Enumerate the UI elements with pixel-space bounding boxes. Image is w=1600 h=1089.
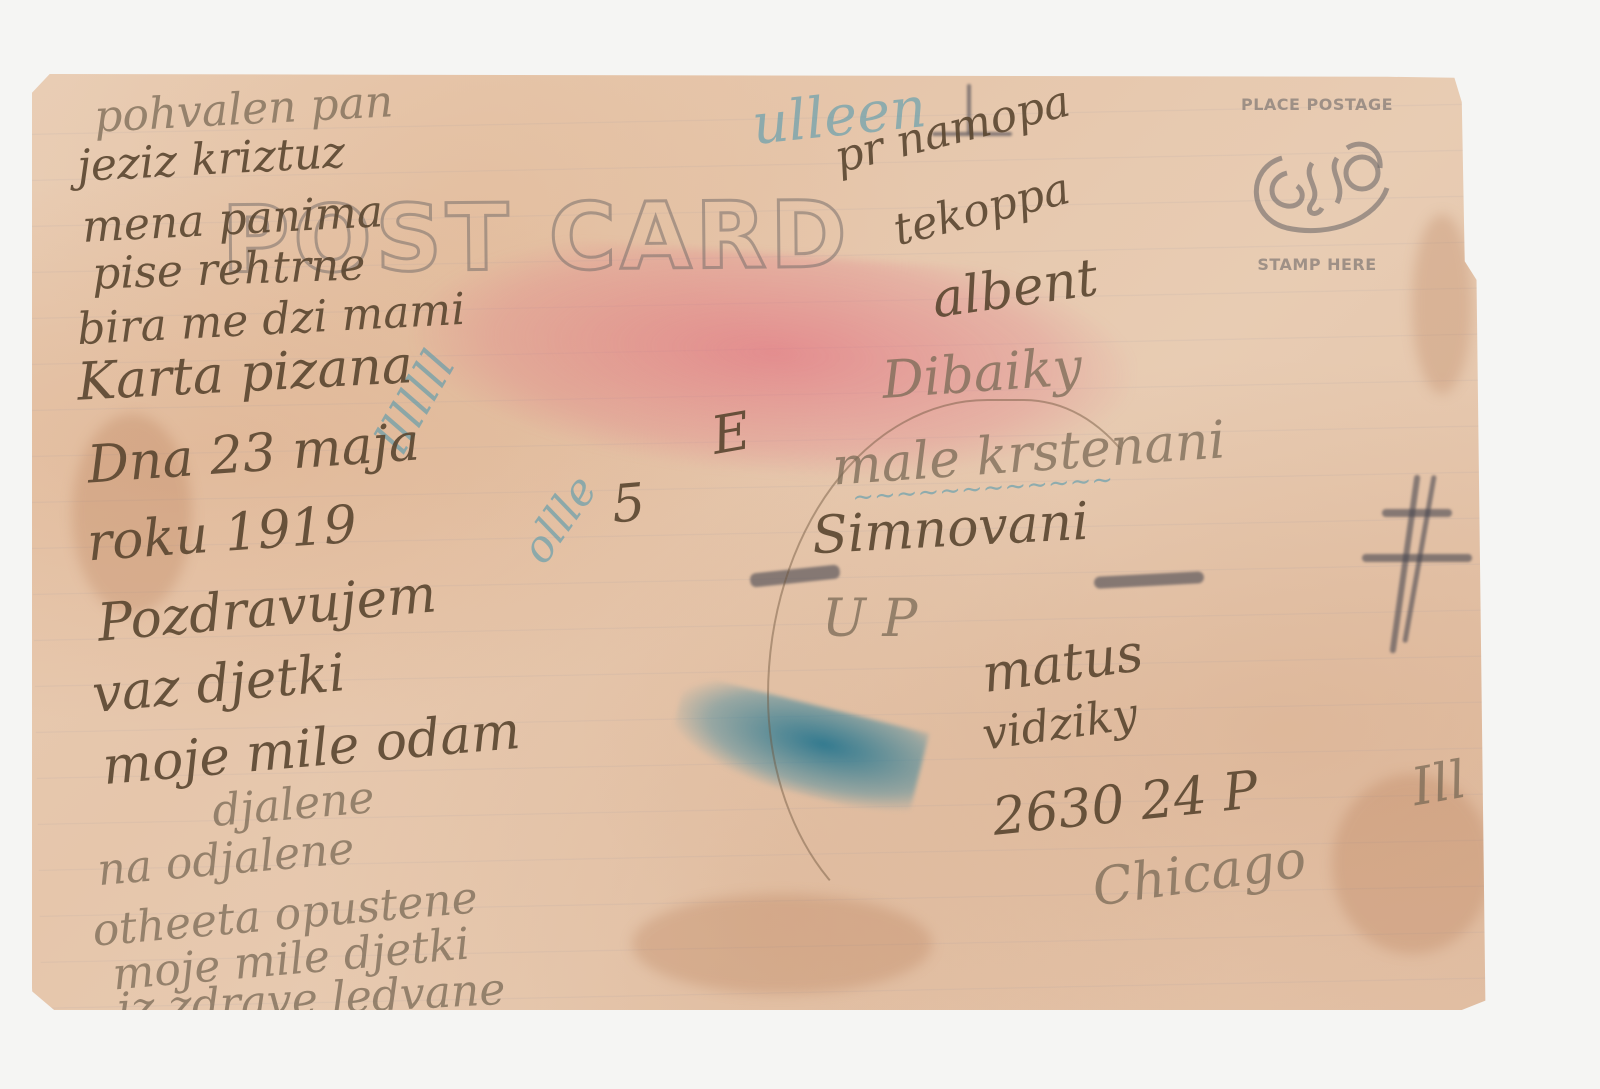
monogram-ornament-icon <box>1242 118 1392 248</box>
stamp-box-bottom-label: STAMP HERE <box>1237 256 1397 274</box>
age-stain <box>1412 214 1472 394</box>
address-line: Ill <box>1407 750 1470 818</box>
address-line: U P <box>822 589 917 649</box>
photo-scene: POST CARD PLACE POSTAGE STAMP HERE ullee… <box>0 0 1600 1089</box>
postcard: POST CARD PLACE POSTAGE STAMP HERE ullee… <box>32 74 1506 1010</box>
stamp-box-top-label: PLACE POSTAGE <box>1237 96 1397 114</box>
marginal-number: 5 <box>609 473 647 536</box>
pencil-mark <box>1382 509 1452 517</box>
stamp-box: PLACE POSTAGE STAMP HERE <box>1237 96 1397 316</box>
